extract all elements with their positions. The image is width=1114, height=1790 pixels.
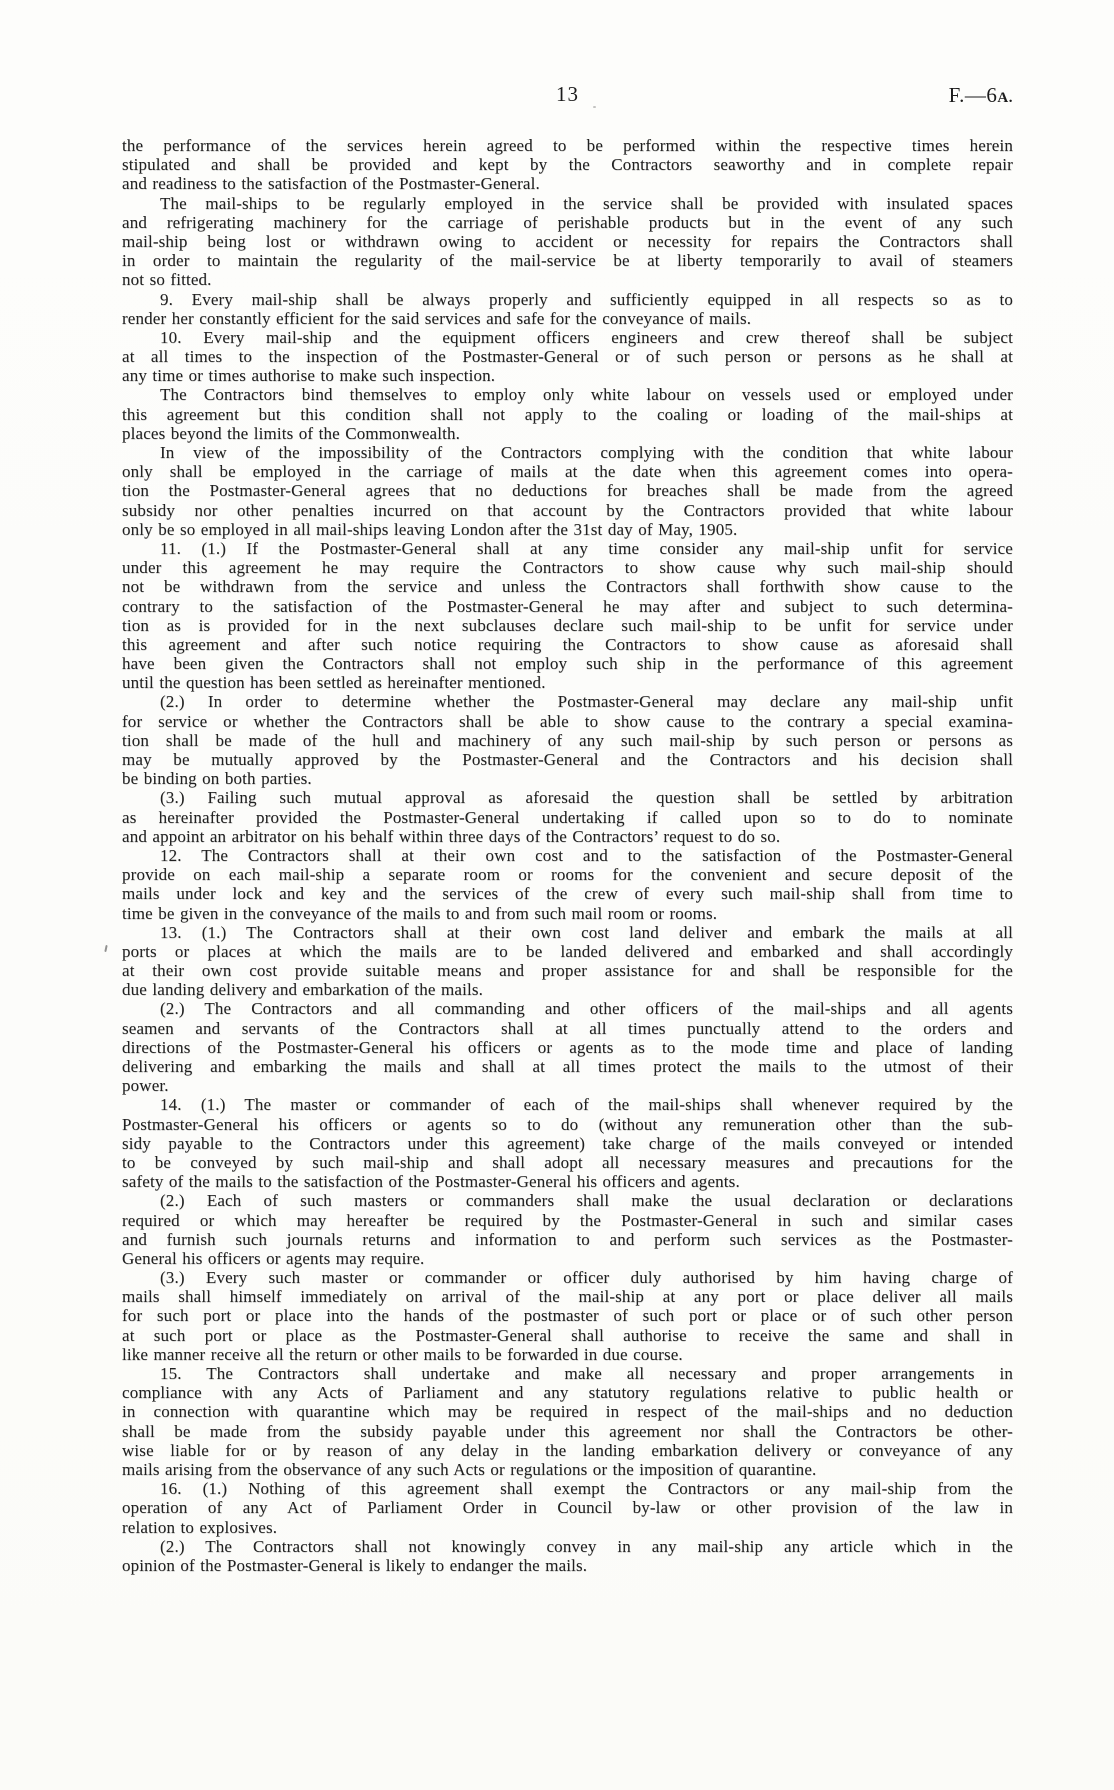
text-line: (2.) Each of such masters or commanders … <box>122 1191 1013 1210</box>
paragraph: 10. Every mail-ship and the equipment of… <box>122 328 1013 386</box>
paragraph: (2.) The Contractors shall not knowingly… <box>122 1537 1013 1575</box>
text-line: opinion of the Postmaster-General is lik… <box>122 1556 1013 1575</box>
text-line: contrary to the satisfaction of the Post… <box>122 597 1013 616</box>
document-reference-suffix: A. <box>997 90 1013 106</box>
text-line: (2.) In order to determine whether the P… <box>122 692 1013 711</box>
text-line: 10. Every mail-ship and the equipment of… <box>122 328 1013 347</box>
text-line: The mail-ships to be regularly employed … <box>122 194 1013 213</box>
text-line: directions of the Postmaster-General his… <box>122 1038 1013 1057</box>
text-line: any time or times authorise to make such… <box>122 366 1013 385</box>
text-line: as hereinafter provided the Postmaster-G… <box>122 808 1013 827</box>
paragraph: the performance of the services herein a… <box>122 136 1013 194</box>
text-line: this agreement but this condition shall … <box>122 405 1013 424</box>
text-line: stipulated and shall be provided and kep… <box>122 155 1013 174</box>
text-line: 12. The Contractors shall at their own c… <box>122 846 1013 865</box>
text-line: 16. (1.) Nothing of this agreement shall… <box>122 1479 1013 1498</box>
text-line: not so fitted. <box>122 270 1013 289</box>
text-line: for service or whether the Contractors s… <box>122 712 1013 731</box>
text-line: In view of the impossibility of the Cont… <box>122 443 1013 462</box>
text-line: and furnish such journals returns and in… <box>122 1230 1013 1249</box>
paragraph: The Contractors bind themselves to emplo… <box>122 385 1013 443</box>
text-line: 9. Every mail-ship shall be always prope… <box>122 290 1013 309</box>
text-line: this agreement and after such notice req… <box>122 635 1013 654</box>
text-line: sidy payable to the Contractors under th… <box>122 1134 1013 1153</box>
text-line: only be so employed in all mail-ships le… <box>122 520 1013 539</box>
paragraph: (3.) Failing such mutual approval as afo… <box>122 788 1013 846</box>
text-line: safety of the mails to the satisfaction … <box>122 1172 1013 1191</box>
paragraph: 13. (1.) The Contractors shall at their … <box>122 923 1013 1000</box>
text-line: required or which may hereafter be requi… <box>122 1211 1013 1230</box>
text-line: 14. (1.) The master or commander of each… <box>122 1095 1013 1114</box>
text-line: The Contractors bind themselves to emplo… <box>122 385 1013 404</box>
text-line: at such port or place as the Postmaster-… <box>122 1326 1013 1345</box>
paragraph: 16. (1.) Nothing of this agreement shall… <box>122 1479 1013 1537</box>
paragraph: (2.) In order to determine whether the P… <box>122 692 1013 788</box>
text-line: provide on each mail-ship a separate roo… <box>122 865 1013 884</box>
text-line: render her constantly efficient for the … <box>122 309 1013 328</box>
text-line: 11. (1.) If the Postmaster-General shall… <box>122 539 1013 558</box>
text-line: may be mutually approved by the Postmast… <box>122 750 1013 769</box>
text-line: operation of any Act of Parliament Order… <box>122 1498 1013 1517</box>
text-line: (3.) Failing such mutual approval as afo… <box>122 788 1013 807</box>
text-line: relation to explosives. <box>122 1518 1013 1537</box>
paragraph: (2.) Each of such masters or commanders … <box>122 1191 1013 1268</box>
text-line: mail-ship being lost or withdrawn owing … <box>122 232 1013 251</box>
text-line: under this agreement he may require the … <box>122 558 1013 577</box>
text-line: 15. The Contractors shall undertake and … <box>122 1364 1013 1383</box>
text-line: tion as is provided for in the next subc… <box>122 616 1013 635</box>
text-line: delivering and embarking the mails and s… <box>122 1057 1013 1076</box>
text-line: and refrigerating machinery for the carr… <box>122 213 1013 232</box>
text-line: ports or places at which the mails are t… <box>122 942 1013 961</box>
text-line: time be given in the conveyance of the m… <box>122 904 1013 923</box>
text-line: (2.) The Contractors shall not knowingly… <box>122 1537 1013 1556</box>
paragraph: The mail-ships to be regularly employed … <box>122 194 1013 290</box>
text-line: tion shall be made of the hull and machi… <box>122 731 1013 750</box>
text-line: due landing delivery and embarkation of … <box>122 980 1013 999</box>
paragraph: (2.) The Contractors and all commanding … <box>122 999 1013 1095</box>
text-line: in connection with quarantine which may … <box>122 1402 1013 1421</box>
text-line: mails under lock and key and the service… <box>122 884 1013 903</box>
text-line: (2.) The Contractors and all commanding … <box>122 999 1013 1018</box>
text-line: shall be made from the subsidy payable u… <box>122 1422 1013 1441</box>
text-line: power. <box>122 1076 1013 1095</box>
scan-artifact <box>593 106 596 108</box>
text-line: Postmaster-General his officers or agent… <box>122 1115 1013 1134</box>
text-line: General his officers or agents may requi… <box>122 1249 1013 1268</box>
text-line: until the question has been settled as h… <box>122 673 1013 692</box>
text-line: like manner receive all the return or ot… <box>122 1345 1013 1364</box>
text-line: mails arising from the observance of any… <box>122 1460 1013 1479</box>
page-number: 13 <box>122 82 1013 107</box>
text-line: and readiness to the satisfaction of the… <box>122 174 1013 193</box>
text-line: and appoint an arbitrator on his behalf … <box>122 827 1013 846</box>
paragraph: 15. The Contractors shall undertake and … <box>122 1364 1013 1479</box>
text-line: for such port or place into the hands of… <box>122 1306 1013 1325</box>
paragraph: 9. Every mail-ship shall be always prope… <box>122 290 1013 328</box>
text-line: at all times to the inspection of the Po… <box>122 347 1013 366</box>
text-line: wise liable for or by reason of any dela… <box>122 1441 1013 1460</box>
paragraph: (3.) Every such master or commander or o… <box>122 1268 1013 1364</box>
paragraph: 12. The Contractors shall at their own c… <box>122 846 1013 923</box>
text-line: the performance of the services herein a… <box>122 136 1013 155</box>
text-line: (3.) Every such master or commander or o… <box>122 1268 1013 1287</box>
text-line: not be withdrawn from the service and un… <box>122 577 1013 596</box>
document-reference: F.—6A. <box>949 83 1013 108</box>
text-line: seamen and servants of the Contractors s… <box>122 1019 1013 1038</box>
text-line: in order to maintain the regularity of t… <box>122 251 1013 270</box>
text-line: to be conveyed by such mail-ship and sha… <box>122 1153 1013 1172</box>
scan-artifact <box>104 945 107 952</box>
text-line: tion the Postmaster-General agrees that … <box>122 481 1013 500</box>
document-body: the performance of the services herein a… <box>122 136 1013 1575</box>
paragraph: In view of the impossibility of the Cont… <box>122 443 1013 539</box>
text-line: compliance with any Acts of Parliament a… <box>122 1383 1013 1402</box>
paragraph: 14. (1.) The master or commander of each… <box>122 1095 1013 1191</box>
text-line: 13. (1.) The Contractors shall at their … <box>122 923 1013 942</box>
scanned-document-page: 13 F.—6A. the performance of the service… <box>0 0 1114 1790</box>
text-line: have been given the Contractors shall no… <box>122 654 1013 673</box>
text-line: subsidy nor other penalties incurred on … <box>122 501 1013 520</box>
text-line: only shall be employed in the carriage o… <box>122 462 1013 481</box>
text-line: places beyond the limits of the Commonwe… <box>122 424 1013 443</box>
text-line: mails shall himself immediately on arriv… <box>122 1287 1013 1306</box>
text-line: be binding on both parties. <box>122 769 1013 788</box>
text-line: at their own cost provide suitable means… <box>122 961 1013 980</box>
document-reference-main: F.—6 <box>949 83 998 107</box>
paragraph: 11. (1.) If the Postmaster-General shall… <box>122 539 1013 693</box>
